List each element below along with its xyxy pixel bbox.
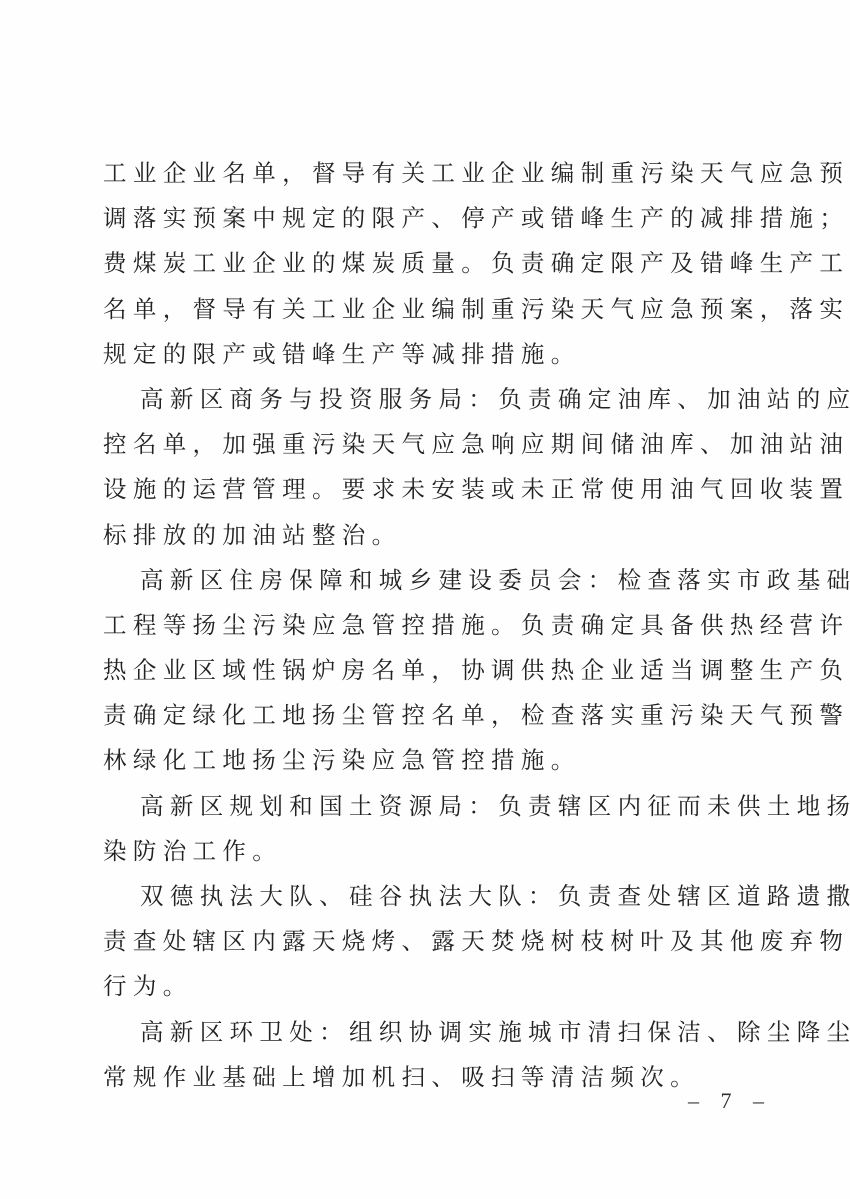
paragraph-sanitation-office: 高新区环卫处：组织协调实施城市清扫保洁、除尘降尘，在 常规作业基础上增加机扫、吸… — [103, 1010, 767, 1100]
text-line: 工程等扬尘污染应急管控措施。负责确定具备供热经营许可的供 — [103, 603, 767, 648]
text-line: 热企业区域性锅炉房名单，协调供热企业适当调整生产负荷。负 — [103, 648, 767, 693]
document-page: 工业企业名单，督导有关工业企业编制重污染天气应急预案，协 调落实预案中规定的限产… — [0, 0, 850, 1199]
text-line: 费煤炭工业企业的煤炭质量。负责确定限产及错峰生产工业企业 — [103, 241, 767, 286]
text-line: 名单，督导有关工业企业编制重污染天气应急预案，落实预案中 — [103, 287, 767, 332]
paragraph-commerce-investment-bureau: 高新区商务与投资服务局：负责确定油库、加油站的应急管 控名单，加强重污染天气应急… — [103, 377, 767, 558]
text-line: 规定的限产或错峰生产等减排措施。 — [103, 332, 767, 377]
text-line: 林绿化工地扬尘污染应急管控措施。 — [103, 738, 767, 783]
text-line: 行为。 — [103, 964, 767, 1009]
text-line: 染防治工作。 — [103, 829, 767, 874]
text-line: 高新区环卫处：组织协调实施城市清扫保洁、除尘降尘，在 — [103, 1010, 767, 1055]
page-number: – 7 – — [688, 1088, 772, 1114]
text-line: 工业企业名单，督导有关工业企业编制重污染天气应急预案，协 — [103, 151, 767, 196]
text-line: 高新区商务与投资服务局：负责确定油库、加油站的应急管 — [103, 377, 767, 422]
document-body: 工业企业名单，督导有关工业企业编制重污染天气应急预案，协 调落实预案中规定的限产… — [103, 151, 767, 1100]
text-line: 高新区住房保障和城乡建设委员会：检查落实市政基础设施 — [103, 558, 767, 603]
paragraph-planning-land-bureau: 高新区规划和国土资源局：负责辖区内征而未供土地扬尘污 染防治工作。 — [103, 784, 767, 874]
text-line: 高新区规划和国土资源局：负责辖区内征而未供土地扬尘污 — [103, 784, 767, 829]
paragraph-industry-continued: 工业企业名单，督导有关工业企业编制重污染天气应急预案，协 调落实预案中规定的限产… — [103, 151, 767, 377]
text-line: 常规作业基础上增加机扫、吸扫等清洁频次。 — [103, 1055, 767, 1100]
paragraph-law-enforcement-brigades: 双德执法大队、硅谷执法大队：负责查处辖区道路遗撒；负 责查处辖区内露天烧烤、露天… — [103, 874, 767, 1010]
text-line: 控名单，加强重污染天气应急响应期间储油库、加油站油气回收 — [103, 422, 767, 467]
text-line: 责查处辖区内露天烧烤、露天焚烧树枝树叶及其他废弃物等违法 — [103, 919, 767, 964]
paragraph-housing-construction-committee: 高新区住房保障和城乡建设委员会：检查落实市政基础设施 工程等扬尘污染应急管控措施… — [103, 558, 767, 784]
text-line: 调落实预案中规定的限产、停产或错峰生产的减排措施；监管消 — [103, 196, 767, 241]
text-line: 双德执法大队、硅谷执法大队：负责查处辖区道路遗撒；负 — [103, 874, 767, 919]
text-line: 设施的运营管理。要求未安装或未正常使用油气回收装置造成超 — [103, 467, 767, 512]
text-line: 标排放的加油站整治。 — [103, 513, 767, 558]
text-line: 责确定绿化工地扬尘管控名单，检查落实重污染天气预警期间园 — [103, 693, 767, 738]
